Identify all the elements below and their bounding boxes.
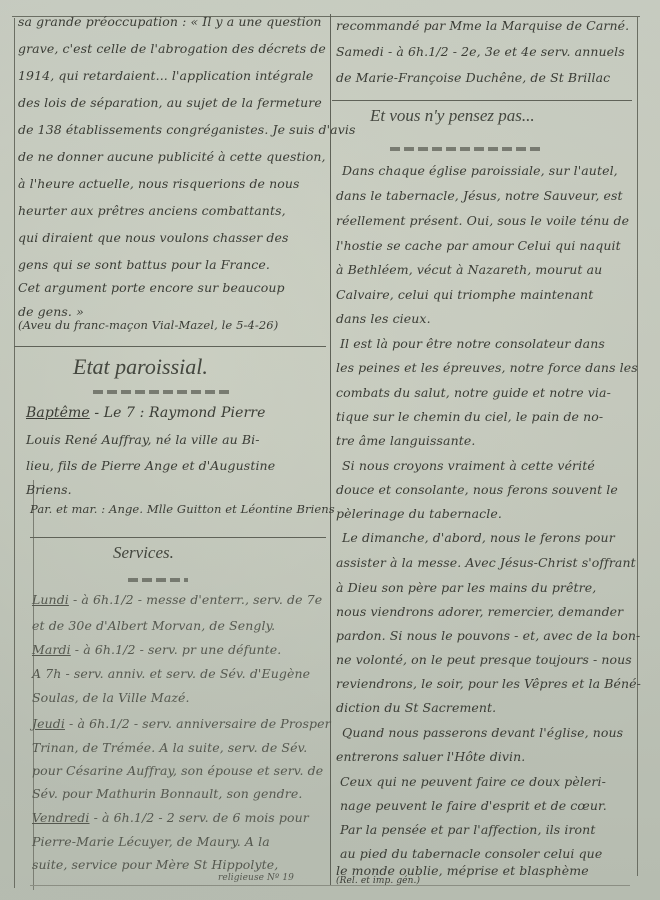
intro-line: de 138 établissements congréganistes. Je…	[18, 122, 355, 137]
bapteme-line: lieu, fils de Pierre Ange et d'Augustine	[26, 458, 275, 473]
article-line: diction du St Sacrement.	[336, 700, 496, 715]
bapteme-text: - Le 7 : Raymond Pierre	[90, 405, 266, 421]
article-line: Ceux qui ne peuvent faire ce doux pèleri…	[340, 774, 606, 789]
service-text: - à 6h.1/2 - serv. anniversaire de Prosp…	[65, 716, 331, 731]
article-heading: Et vous n'y pensez pas...	[370, 106, 535, 126]
intro-line: à l'heure actuelle, nous risquerions de …	[18, 176, 300, 191]
article-line: au pied du tabernacle consoler celui que	[340, 846, 602, 861]
top-line: Samedi - à 6h.1/2 - 2e, 3e et 4e serv. a…	[336, 44, 625, 59]
service-text: religieuse Nº 19	[218, 873, 294, 883]
article-line: assister à la messe. Avec Jésus-Christ s…	[336, 555, 636, 570]
article-line: tique sur le chemin du ciel, le pain de …	[336, 409, 603, 424]
intro-line: de gens. »	[18, 304, 84, 319]
article-line: pardon. Si nous le pouvons - et, avec de…	[336, 628, 640, 643]
heading-ornament	[390, 147, 540, 151]
article-line: Le dimanche, d'abord, nous le ferons pou…	[342, 530, 615, 545]
section-rule	[14, 346, 326, 347]
heading-ornament	[128, 578, 188, 582]
left-inner-border-rule	[33, 480, 34, 890]
top-line: de Marie-Françoise Duchêne, de St Brilla…	[336, 70, 610, 85]
column-divider	[330, 14, 331, 886]
service-text: suite, service pour Mère St Hippolyte,	[32, 857, 278, 872]
bapteme-line: Briens.	[26, 482, 72, 497]
article-line: Par la pensée et par l'affection, ils ir…	[340, 822, 595, 837]
service-day: Jeudi	[32, 716, 65, 731]
right-border-rule	[637, 16, 638, 876]
article-line: à Bethléem, vécut à Nazareth, mourut au	[336, 262, 602, 277]
article-line: dans le tabernacle, Jésus, notre Sauveur…	[336, 188, 623, 203]
article-line: ne volonté, on le peut presque toujours …	[336, 652, 632, 667]
article-line: Calvaire, celui qui triomphe maintenant	[336, 287, 593, 302]
section-rule	[332, 100, 632, 101]
service-text: - à 6h.1/2 - messe d'enterr., serv. de 7…	[69, 592, 322, 607]
intro-line: Cet argument porte encore sur beaucoup	[18, 280, 285, 295]
parrain-marraine-line: Par. et mar. : Ange. Mlle Guitton et Léo…	[30, 502, 335, 516]
article-line: nage peuvent le faire d'esprit et de cœu…	[340, 798, 607, 813]
article-line: entrerons saluer l'Hôte divin.	[336, 749, 525, 764]
article-line: reviendrons, le soir, pour les Vêpres et…	[336, 676, 641, 691]
article-line: Il est là pour être notre consolateur da…	[340, 336, 605, 351]
service-day: Vendredi	[32, 810, 90, 825]
heading-ornament	[93, 390, 233, 394]
service-text: et de 30e d'Albert Morvan, de Sengly.	[32, 618, 275, 633]
footer-note: (Rel. et imp. gén.)	[336, 876, 420, 886]
service-text: A 7h - serv. anniv. et serv. de Sév. d'E…	[32, 666, 310, 681]
intro-line: qui diraient que nous voulons chasser de…	[18, 230, 289, 245]
intro-line: grave, c'est celle de l'abrogation des d…	[18, 41, 326, 56]
bapteme-line: Louis René Auffray, né la ville au Bi-	[26, 432, 260, 447]
article-line: l'hostie se cache par amour Celui qui na…	[336, 238, 621, 253]
services-heading: Services.	[113, 543, 174, 563]
intro-line: de ne donner aucune publicité à cette qu…	[18, 149, 326, 164]
frame-bottom-rule	[30, 885, 630, 886]
article-line: à Dieu son père par les mains du prêtre,	[336, 580, 596, 595]
article-line: Si nous croyons vraiment à cette vérité	[342, 458, 595, 473]
article-line: tre âme languissante.	[336, 433, 475, 448]
intro-line: 1914, qui retardaient... l'application i…	[18, 68, 313, 83]
intro-line: des lois de séparation, au sujet de la f…	[18, 95, 322, 110]
etat-paroissial-heading: Etat paroissial.	[73, 354, 208, 380]
intro-line: sa grande préoccupation : « Il y a une q…	[18, 14, 321, 29]
service-text: pour Césarine Auffray, son épouse et ser…	[32, 763, 323, 778]
article-line: réellement présent. Oui, sous le voile t…	[336, 213, 629, 228]
article-line: les peines et les épreuves, notre force …	[336, 360, 638, 375]
section-rule	[30, 537, 326, 538]
service-text: - à 6h.1/2 - 2 serv. de 6 mois pour	[90, 810, 309, 825]
service-text: Pierre-Marie Lécuyer, de Maury. A la	[32, 834, 270, 849]
article-line: dans les cieux.	[336, 311, 431, 326]
service-day: Mardi	[32, 642, 71, 657]
left-border-rule	[14, 18, 15, 888]
service-day: Lundi	[32, 592, 69, 607]
article-line: Quand nous passerons devant l'église, no…	[342, 725, 623, 740]
service-text: Trinan, de Trémée. A la suite, serv. de …	[32, 740, 307, 755]
service-text: - à 6h.1/2 - serv. pr une défunte.	[71, 642, 282, 657]
intro-line: gens qui se sont battus pour la France.	[18, 257, 270, 272]
article-line: Dans chaque église paroissiale, sur l'au…	[342, 163, 618, 178]
article-line: pèlerinage du tabernacle.	[336, 506, 502, 521]
source-citation: (Aveu du franc-maçon Vial-Mazel, le 5-4-…	[18, 318, 278, 332]
article-line: douce et consolante, nous ferons souvent…	[336, 482, 618, 497]
article-line: nous viendrons adorer, remercier, demand…	[336, 604, 623, 619]
article-line: combats du salut, notre guide et notre v…	[336, 385, 611, 400]
intro-line: heurter aux prêtres anciens combattants,	[18, 203, 286, 218]
bapteme-label: Baptême	[26, 405, 90, 421]
service-text: Soulas, de la Ville Mazé.	[32, 690, 190, 705]
top-line: recommandé par Mme la Marquise de Carné.	[336, 18, 629, 33]
service-text: Sév. pour Mathurin Bonnault, son gendre.	[32, 786, 302, 801]
